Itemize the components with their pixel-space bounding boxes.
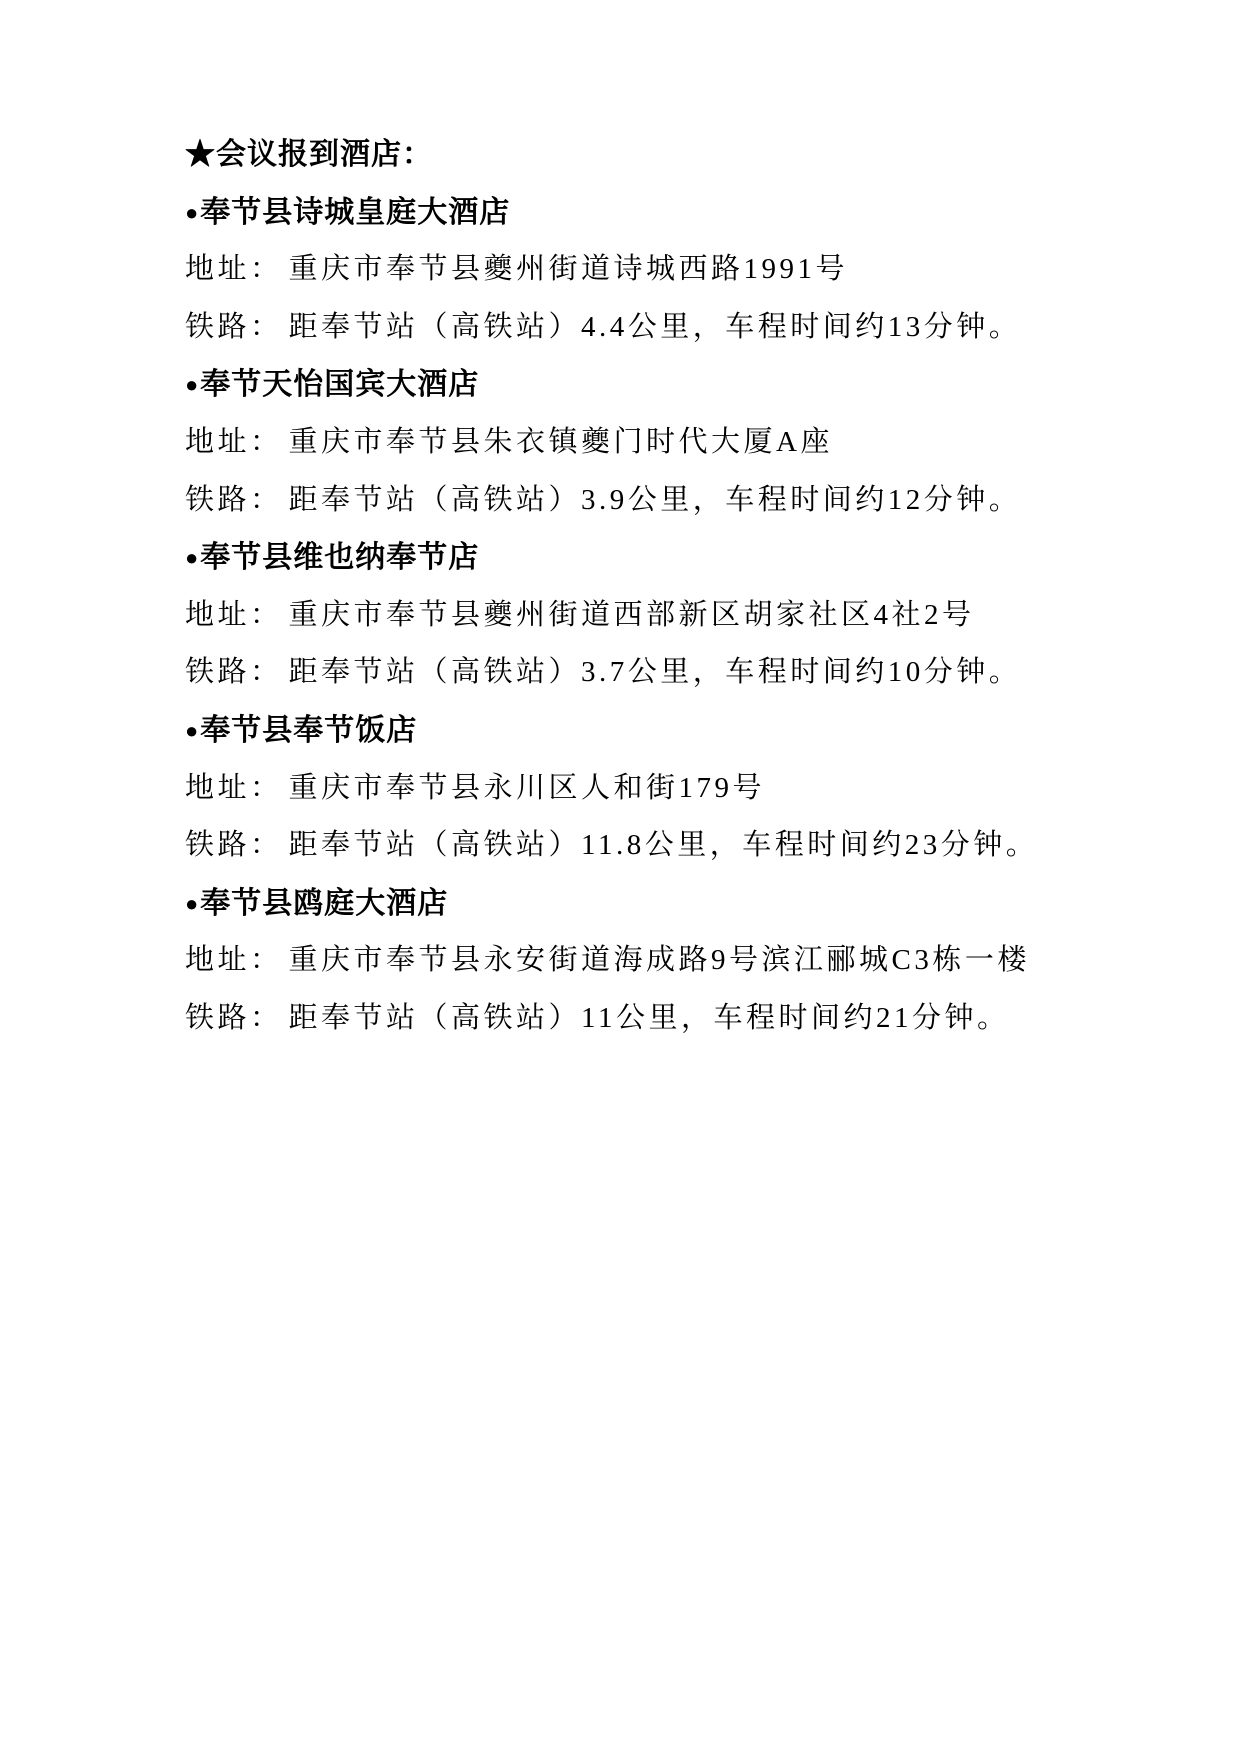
address-text: 重庆市奉节县夔州街道西部新区胡家社区4社2号 [289,599,975,631]
hotel-address: 地址：重庆市奉节县永安街道海成路9号滨江郦城C3栋一楼 [185,932,1150,990]
section-heading: ★会议报到酒店： [185,126,1150,184]
document-page: ★会议报到酒店： ●奉节县诗城皇庭大酒店 地址：重庆市奉节县夔州街道诗城西路19… [0,0,1240,1753]
address-text: 重庆市奉节县夔州街道诗城西路1991号 [289,253,849,285]
hotel-name: ●奉节县奉节饭店 [185,702,1150,760]
hotel-name: ●奉节天怡国宾大酒店 [185,356,1150,414]
address-text: 重庆市奉节县永川区人和街179号 [289,772,766,804]
bullet-icon: ● [185,200,199,225]
railway-label: 铁路： [185,484,283,516]
hotel-railway: 铁路：距奉节站（高铁站）3.9公里，车程时间约12分钟。 [185,472,1150,530]
hotel-railway: 铁路：距奉节站（高铁站）11.8公里，车程时间约23分钟。 [185,817,1150,875]
hotel-address: 地址：重庆市奉节县永川区人和街179号 [185,760,1150,818]
railway-text: 距奉节站（高铁站）11.8公里，车程时间约23分钟。 [289,829,1039,861]
hotel-entry-5: ●奉节县鸥庭大酒店 地址：重庆市奉节县永安街道海成路9号滨江郦城C3栋一楼 铁路… [185,875,1150,1048]
address-text: 重庆市奉节县朱衣镇夔门时代大厦A座 [289,426,833,458]
hotel-railway: 铁路：距奉节站（高铁站）4.4公里，车程时间约13分钟。 [185,299,1150,357]
hotel-entry-4: ●奉节县奉节饭店 地址：重庆市奉节县永川区人和街179号 铁路：距奉节站（高铁站… [185,702,1150,875]
hotel-entry-2: ●奉节天怡国宾大酒店 地址：重庆市奉节县朱衣镇夔门时代大厦A座 铁路：距奉节站（… [185,356,1150,529]
hotel-entry-1: ●奉节县诗城皇庭大酒店 地址：重庆市奉节县夔州街道诗城西路1991号 铁路：距奉… [185,184,1150,357]
address-text: 重庆市奉节县永安街道海成路9号滨江郦城C3栋一楼 [289,944,1030,976]
hotel-name-text: 奉节县诗城皇庭大酒店 [200,196,510,229]
hotel-name-text: 奉节县鸥庭大酒店 [200,887,448,920]
hotel-address: 地址：重庆市奉节县朱衣镇夔门时代大厦A座 [185,414,1150,472]
railway-text: 距奉节站（高铁站）3.7公里，车程时间约10分钟。 [289,656,1022,688]
railway-text: 距奉节站（高铁站）4.4公里，车程时间约13分钟。 [289,311,1022,343]
hotel-name: ●奉节县维也纳奉节店 [185,529,1150,587]
bullet-icon: ● [185,545,199,570]
hotel-railway: 铁路：距奉节站（高铁站）3.7公里，车程时间约10分钟。 [185,644,1150,702]
bullet-icon: ● [185,718,199,743]
bullet-icon: ● [185,891,199,916]
hotel-name: ●奉节县诗城皇庭大酒店 [185,184,1150,242]
hotel-address: 地址：重庆市奉节县夔州街道诗城西路1991号 [185,241,1150,299]
railway-text: 距奉节站（高铁站）3.9公里，车程时间约12分钟。 [289,484,1022,516]
address-label: 地址： [185,944,283,976]
hotel-name: ●奉节县鸥庭大酒店 [185,875,1150,933]
railway-label: 铁路： [185,311,283,343]
railway-label: 铁路： [185,656,283,688]
railway-label: 铁路： [185,1002,283,1034]
railway-label: 铁路： [185,829,283,861]
hotel-name-text: 奉节县奉节饭店 [200,714,417,747]
address-label: 地址： [185,253,283,285]
address-label: 地址： [185,772,283,804]
hotel-name-text: 奉节天怡国宾大酒店 [200,368,479,401]
hotel-address: 地址：重庆市奉节县夔州街道西部新区胡家社区4社2号 [185,587,1150,645]
railway-text: 距奉节站（高铁站）11公里，车程时间约21分钟。 [289,1002,1010,1034]
hotel-name-text: 奉节县维也纳奉节店 [200,541,479,574]
address-label: 地址： [185,599,283,631]
hotel-entry-3: ●奉节县维也纳奉节店 地址：重庆市奉节县夔州街道西部新区胡家社区4社2号 铁路：… [185,529,1150,702]
hotel-railway: 铁路：距奉节站（高铁站）11公里，车程时间约21分钟。 [185,990,1150,1048]
address-label: 地址： [185,426,283,458]
bullet-icon: ● [185,372,199,397]
